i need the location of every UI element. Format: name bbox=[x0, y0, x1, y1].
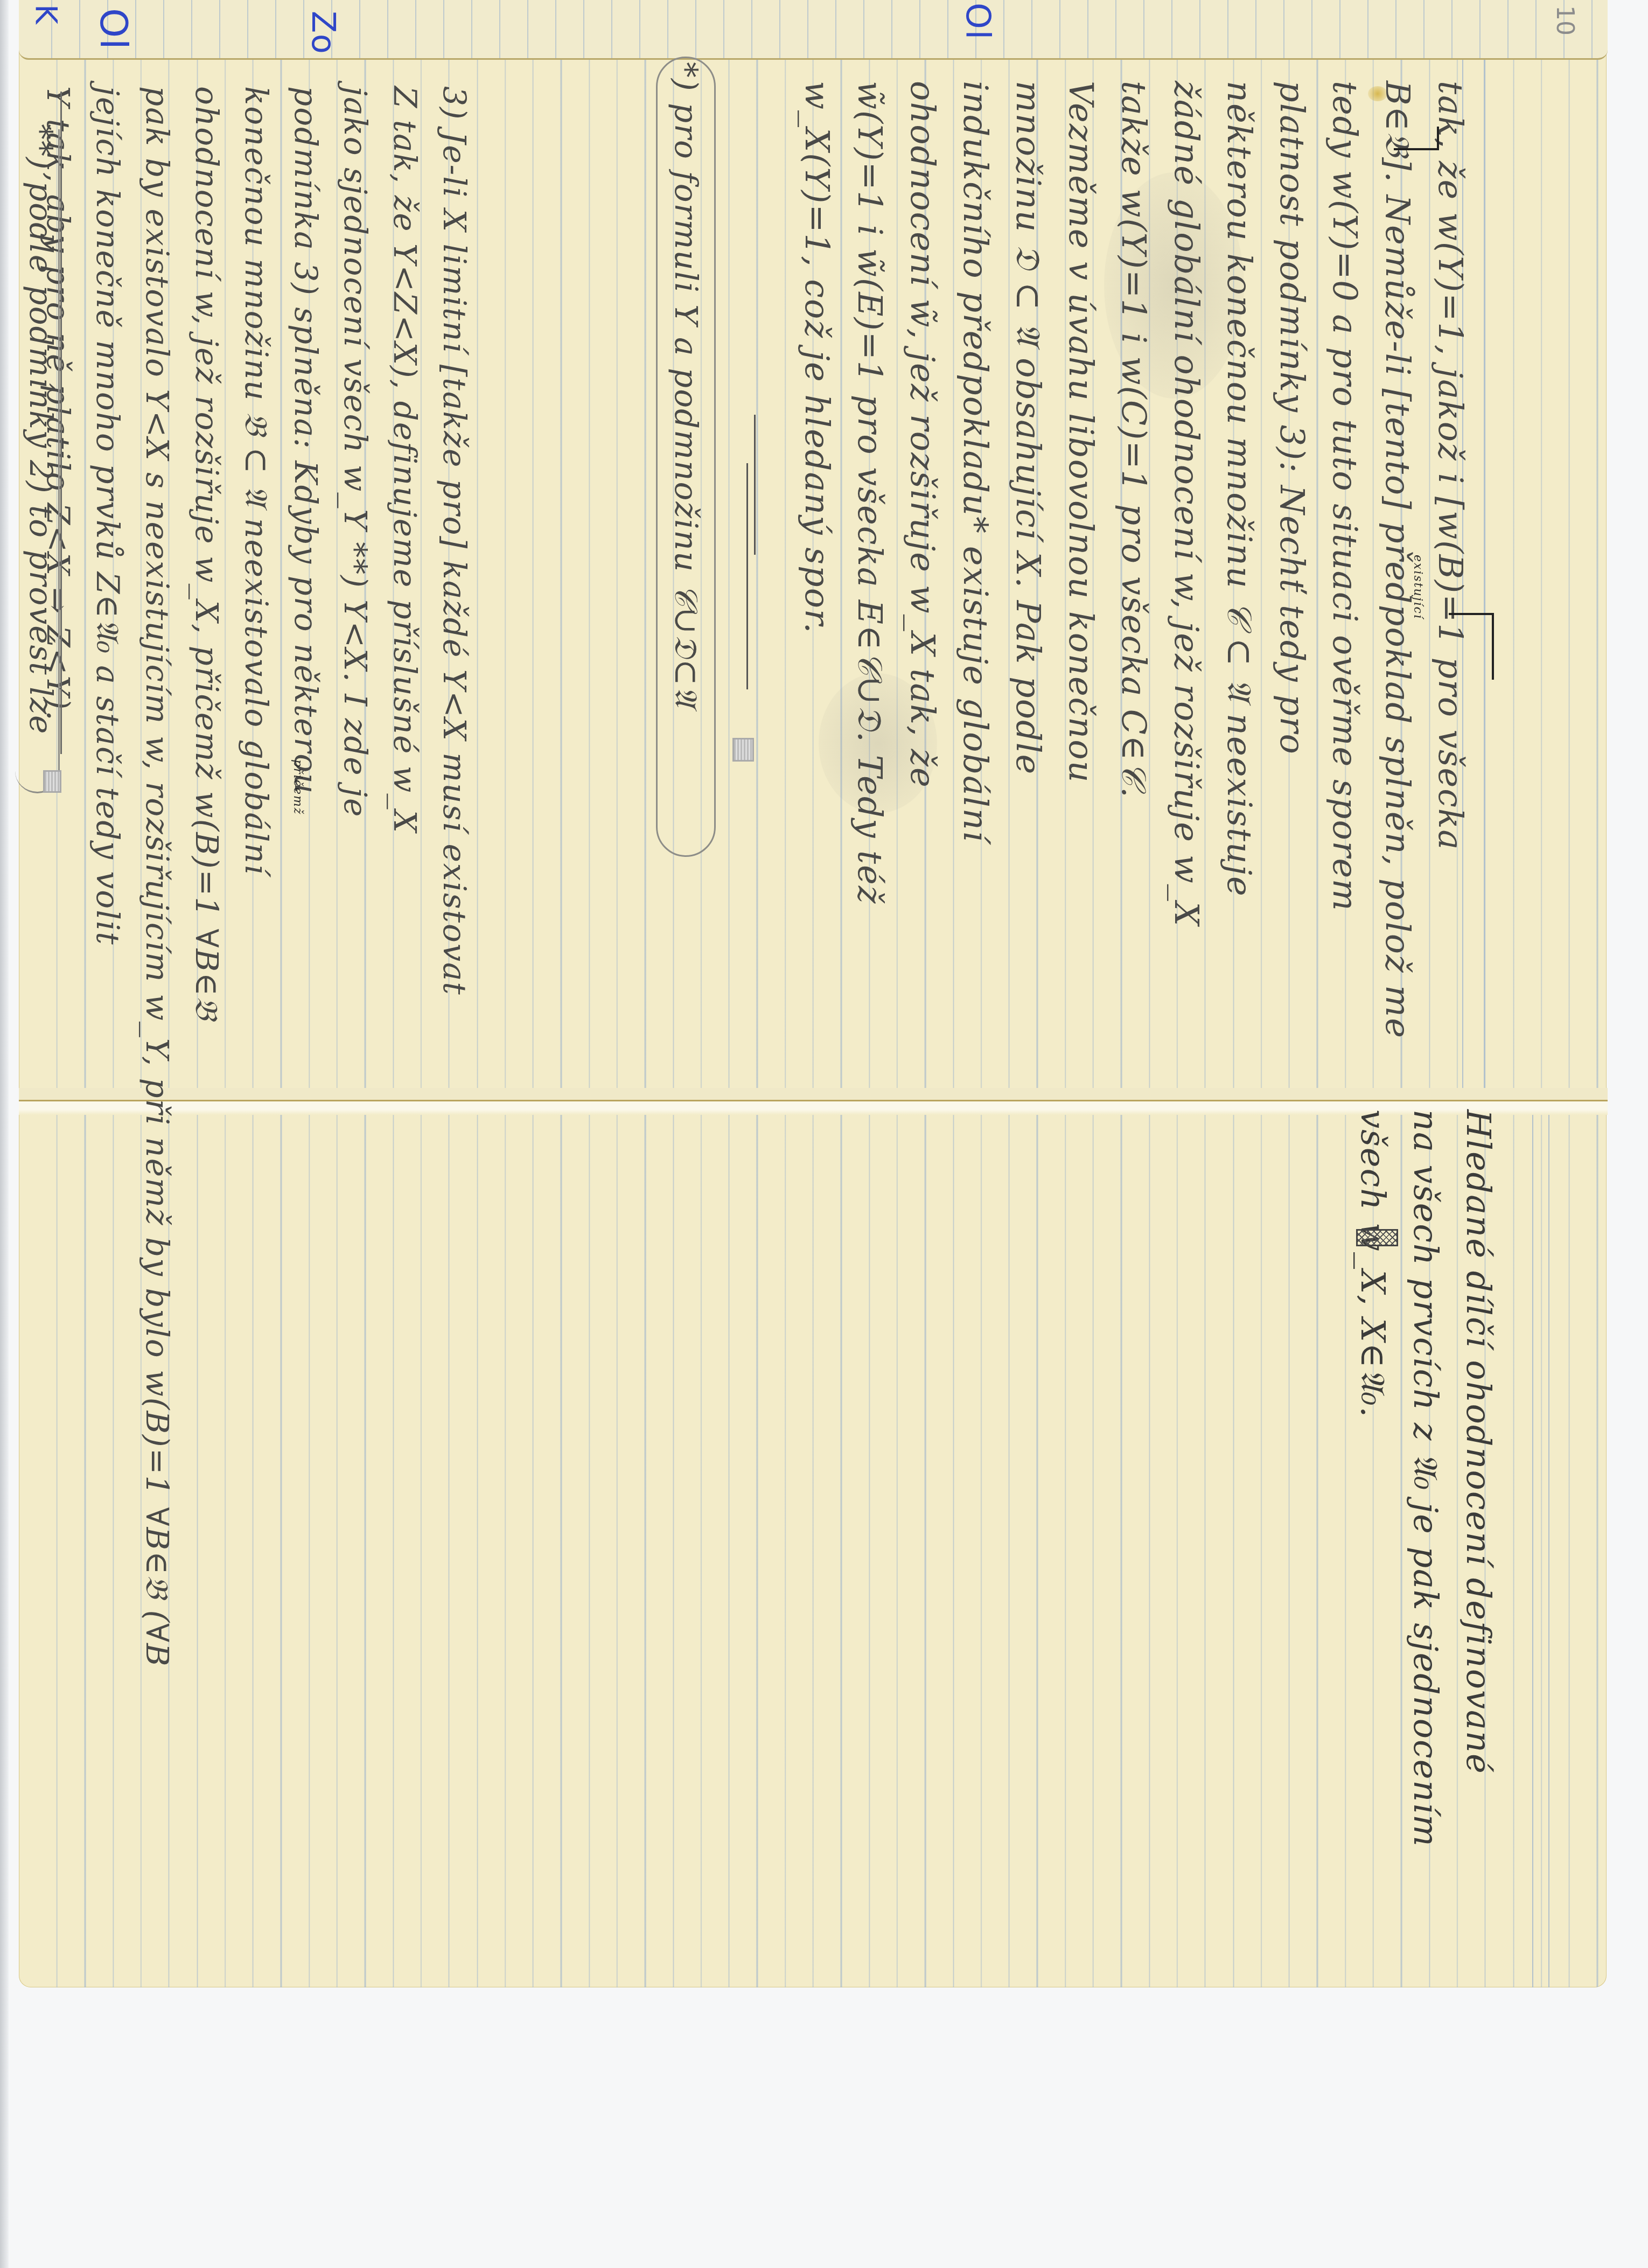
text-line: w_X(Y)=1, což je hledaný spor. bbox=[791, 81, 843, 1077]
text-line: w̃(Y)=1 i w̃(E)=1 pro všecka E∈𝒞∪𝔇. Tedy… bbox=[843, 81, 896, 1077]
footnote-star: *) pro formuli Y a podmnožinu 𝒞∪𝔇⊂𝔄 bbox=[661, 62, 711, 816]
blue-ink-fragment: Ol bbox=[959, 3, 998, 40]
text-line: žádné globální ohodnocení w, jež rozšiřu… bbox=[1160, 81, 1213, 1077]
footnote-separator bbox=[60, 92, 62, 754]
text-line: indukčního předpokladu* existuje globáln… bbox=[949, 81, 1002, 1077]
text-line: jejích konečně mnoho prvků Z∈𝔄₀ a stačí … bbox=[83, 86, 132, 1072]
blue-ink-fragment: K bbox=[29, 4, 64, 25]
blue-ink-fragment: Ol bbox=[92, 8, 136, 51]
section-3-text: 3) Je-li X limitní [takže pro] každé Y<X… bbox=[33, 86, 479, 1072]
margin-line bbox=[1548, 1101, 1549, 1987]
text-line: takže w(Y)=1 i w(C)=1 pro všecka C∈𝒞. bbox=[1107, 81, 1160, 1077]
qed-faint-square-icon bbox=[732, 738, 754, 762]
text-line: pak by existovalo Y<X s neexistujícím w,… bbox=[132, 86, 182, 1072]
page-number: 10 bbox=[1551, 5, 1579, 36]
text-line: na všech prvcích z 𝔄₀ je pak sjednocením bbox=[1399, 1109, 1452, 1971]
text-line: ohodnocení w, jež rozšiřuje w_X, přičemž… bbox=[182, 86, 232, 1072]
inserted-word: přičemž bbox=[291, 759, 304, 815]
text-line: konečnou množinu 𝔅 ⊂ 𝔄 neexistovalo glob… bbox=[232, 86, 281, 1072]
text-line: tak, že w(Y)=1, jakož i [w(B)=1 pro všec… bbox=[1424, 81, 1477, 1077]
text-line: platnost podmínky 3): Nechť tedy pro bbox=[1266, 81, 1318, 1077]
inserted-word: existující bbox=[1411, 555, 1424, 619]
footnote-double-star: **) podle podmínky 2) to provést lze bbox=[16, 124, 66, 797]
qed-faint-square-icon bbox=[43, 770, 61, 793]
underline-mark bbox=[746, 463, 748, 689]
scan-border bbox=[0, 0, 9, 2268]
text-line: tedy w(Y)=0 a pro tuto situaci ověřme sp… bbox=[1318, 81, 1371, 1077]
underline-mark bbox=[754, 415, 756, 555]
text-line: podmínka 3) splněna: Kdyby pro některou bbox=[281, 86, 331, 1072]
previous-page-strip: K Ol Zo Ol bbox=[19, 0, 1608, 60]
qed-crosshatch-square-icon bbox=[1356, 1229, 1398, 1246]
text-line: Vezměme v úvahu libovolnou konečnou bbox=[1055, 81, 1107, 1077]
margin-line bbox=[1532, 1101, 1533, 1987]
blue-ink-fragment: Zo bbox=[304, 11, 342, 55]
text-line: jako sjednocení všech w_Y **) Y<X. I zde… bbox=[331, 86, 380, 1072]
ruled-lines bbox=[19, 0, 1608, 58]
bracket-mark bbox=[1394, 127, 1439, 150]
upper-main-text: tak, že w(Y)=1, jakož i [w(B)=1 pro všec… bbox=[791, 81, 1477, 1077]
text-line: Hledané dílčí ohodnocení definované bbox=[1452, 1109, 1505, 1971]
margin-line bbox=[1484, 0, 1485, 1088]
text-line: Z tak, že Y<Z<X), definujeme příslušné w… bbox=[380, 86, 430, 1072]
text-line: 3) Je-li X limitní [takže pro] každé Y<X… bbox=[430, 86, 479, 1072]
bracket-mark bbox=[1449, 613, 1494, 680]
text-line: ohodnocení w̃, jež rozšiřuje w_X tak, že bbox=[896, 81, 949, 1077]
text-line: některou konečnou množinu 𝒞 ⊂ 𝔄 neexistu… bbox=[1213, 81, 1266, 1077]
text-line: množinu 𝔇 ⊂ 𝔄 obsahující X. Pak podle bbox=[1002, 81, 1055, 1077]
